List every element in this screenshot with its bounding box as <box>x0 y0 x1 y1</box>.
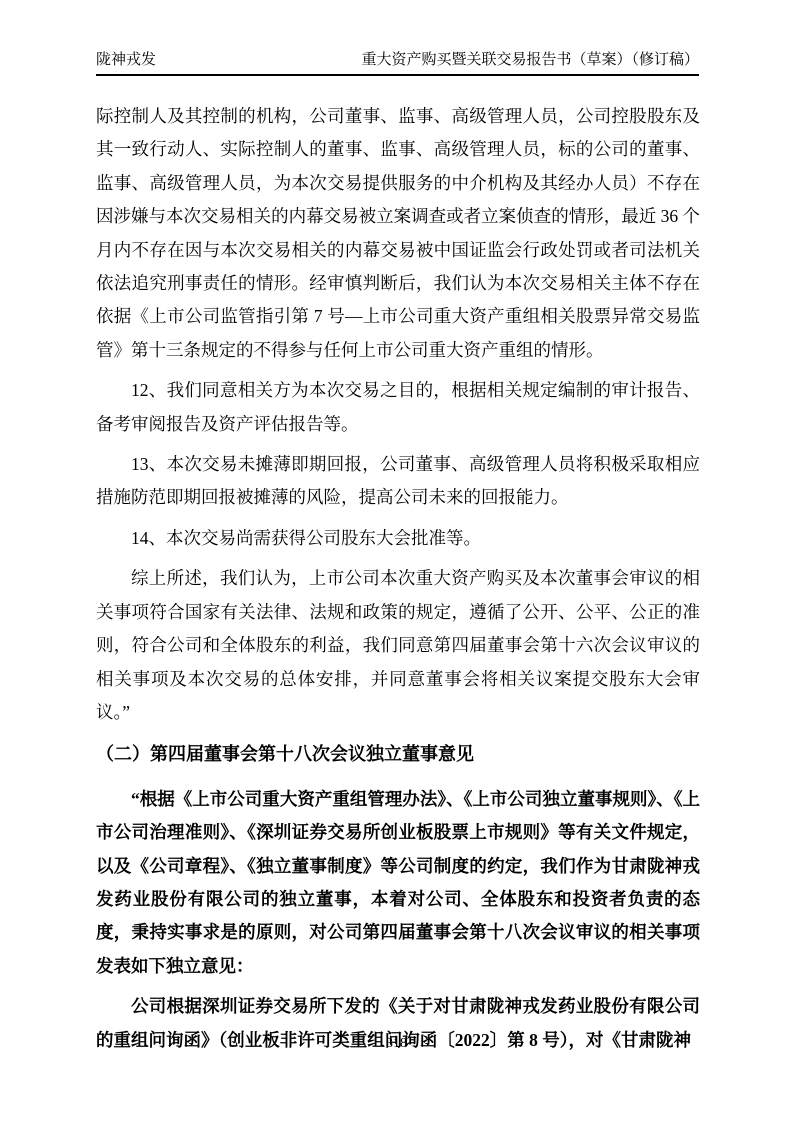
paragraph-item-13: 13、本次交易未摊薄即期回报，公司董事、高级管理人员将积极采取相应措施防范即期回… <box>96 448 700 515</box>
page-body: 际控制人及其控制的机构，公司董事、监事、高级管理人员，公司控股股东及其一致行动人… <box>96 100 700 1064</box>
document-page: 陇神戎发 重大资产购买暨关联交易报告书（草案）（修订稿） 际控制人及其控制的机构… <box>0 0 793 1122</box>
page-header: 陇神戎发 重大资产购买暨关联交易报告书（草案）（修订稿） <box>96 51 699 76</box>
page-number: 318 <box>386 1036 407 1051</box>
paragraph-item-14: 14、本次交易尚需获得公司股东大会批准等。 <box>96 522 700 555</box>
paragraph-item-12: 12、我们同意相关方为本次交易之目的，根据相关规定编制的审计报告、备考审阅报告及… <box>96 374 700 441</box>
section-heading-independent-directors-opinion: （二）第四届董事会第十八次会议独立董事意见 <box>96 738 700 771</box>
paragraph-opinion-basis: “根据《上市公司重大资产重组管理办法》、《上市公司独立董事规则》、《上市公司治理… <box>96 783 700 983</box>
paragraph-continuation: 际控制人及其控制的机构，公司董事、监事、高级管理人员，公司控股股东及其一致行动人… <box>96 100 700 367</box>
header-report-title: 重大资产购买暨关联交易报告书（草案）（修订稿） <box>361 51 699 70</box>
page-footer: 318 <box>0 1036 793 1052</box>
paragraph-conclusion: 综上所述，我们认为，上市公司本次重大资产购买及本次董事会审议的相关事项符合国家有… <box>96 562 700 729</box>
header-company-short-name: 陇神戎发 <box>96 51 156 70</box>
